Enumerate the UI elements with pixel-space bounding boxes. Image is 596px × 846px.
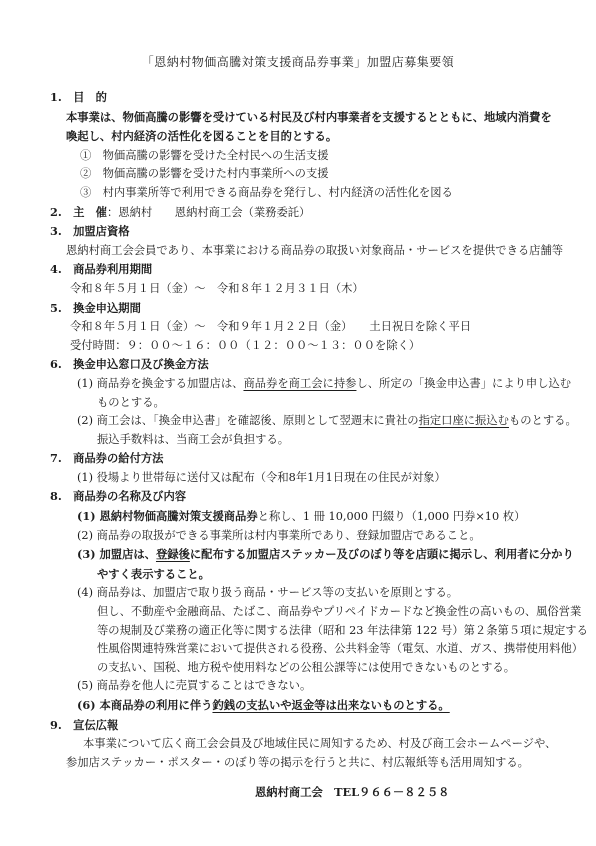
text-run: 参加店ステッカー・ポスター・のぼり等の掲示を行うと共に、村広報紙等も活用周知する… — [66, 756, 529, 769]
payment-restrictions-2: 等の規制及び業務の適正化等に関する法律（昭和 23 年法律第 122 号）第２条… — [0, 622, 596, 641]
document-title: 「恩納村物価高騰対策支援商品券事業」加盟店募集要領 — [0, 55, 596, 69]
text-run: 登録後 — [156, 547, 190, 561]
text-run: 1. 目 的 — [50, 90, 107, 104]
text-run: し、所定の「換金申込書」により申し込む — [356, 377, 571, 390]
text-run: と称し、1 冊 10,000 円綴り（1,000 円券×10 枚） — [258, 510, 526, 523]
text-run: 指定口座に振込む — [419, 414, 509, 427]
text-run: 4. 商品券利用期間 — [50, 262, 152, 276]
section9-heading: 9. 宣伝広報 — [0, 716, 596, 736]
footer-contact: 恩納村商工会 TEL９６６－８２５８ — [0, 783, 596, 802]
text-run: (6) 本商品券の利用に伴う — [77, 698, 212, 712]
eligibility-text: 恩納村商工会会員であり、本事業における商品券の取扱い対象商品・サービスを提供でき… — [0, 242, 596, 261]
text-run: に配布する加盟店ステッカー及びのぼり等を店頭に掲示し、利用者に分かり — [190, 547, 574, 561]
section6-heading: 6. 換金申込窓口及び換金方法 — [0, 355, 596, 375]
purpose-text-2: 喚起し、村内経済の活性化を図ることを目的とする。 — [0, 127, 596, 147]
publicity-2: 参加店ステッカー・ポスター・のぼり等の掲示を行うと共に、村広報紙等も活用周知する… — [0, 754, 596, 773]
text-run: 振込手数料は、当商工会が負担する。 — [97, 433, 289, 446]
text-run: 喚起し、村内経済の活性化を図ることを目的とする。 — [66, 129, 337, 143]
text-run: 釣銭の支払いや返金等は出来ないものとする。 — [212, 698, 449, 712]
text-run: 9. 宣伝広報 — [50, 718, 118, 732]
document-page: 「恩納村物価高騰対策支援商品券事業」加盟店募集要領 1. 目 的本事業は、物価高… — [0, 0, 596, 846]
publicity-1: 本事業について広く商工会会員及び地域住民に周知するため、村及び商工会ホームページ… — [0, 735, 596, 754]
voucher-handling: (2) 商品券の取扱ができる事業所は村内事業所であり、登録加盟店であること。 — [0, 527, 596, 546]
text-run: ② 物価高騰の影響を受けた村内事業所への支援 — [80, 167, 329, 180]
document-body: 1. 目 的本事業は、物価高騰の影響を受けている村民及び村内事業者を支援するとと… — [0, 88, 596, 772]
section7-heading: 7. 商品券の給付方法 — [0, 449, 596, 469]
text-run: 等の規制及び業務の適正化等に関する法律（昭和 23 年法律第 122 号）第２条… — [97, 624, 588, 637]
reception-hours: 受付時間：９：００～１６：００（１２：００～１３：００を除く） — [0, 337, 596, 356]
no-resale: (5) 商品券を他人に売買することはできない。 — [0, 677, 596, 696]
text-run: (2) 商品券の取扱ができる事業所は村内事業所であり、登録加盟店であること。 — [77, 529, 481, 542]
distribution-method: (1) 役場より世帯毎に送付又は配布（令和8年1月1日現在の住民が対象） — [0, 469, 596, 488]
text-run: (5) 商品券を他人に売買することはできない。 — [77, 679, 311, 692]
payment-scope: (4) 商品券は、加盟店で取り扱う商品・サービス等の支払いを原則とする。 — [0, 584, 596, 603]
text-run: 2. 主 催 — [50, 205, 107, 219]
text-run: 3. 加盟店資格 — [50, 224, 130, 238]
text-run: の支払い、国税、地方税や使用料などの公租公課等には使用できないものとする。 — [97, 661, 515, 674]
redemption-method-1b: ものとする。 — [0, 394, 596, 413]
purpose-item-3: ③ 村内事業所等で利用できる商品券を発行し、村内経済の活性化を図る — [0, 184, 596, 203]
text-run: 恩納村商工会会員であり、本事業における商品券の取扱い対象商品・サービスを提供でき… — [66, 244, 563, 257]
text-run: 6. 換金申込窓口及び換金方法 — [50, 357, 209, 371]
section1-heading: 1. 目 的 — [0, 88, 596, 108]
payment-restrictions-3: 性風俗関連特殊営業において提供される役務、公共料金等（電気、水道、ガス、携帯使用… — [0, 640, 596, 659]
text-run: 受付時間：９：００～１６：００（１２：００～１３：００を除く） — [70, 339, 420, 352]
purpose-item-1: ① 物価高騰の影響を受けた全村民への生活支援 — [0, 147, 596, 166]
text-run: (4) 商品券は、加盟店で取り扱う商品・サービス等の支払いを原則とする。 — [77, 586, 458, 599]
text-run: やすく表示すること。 — [97, 567, 210, 581]
text-run: 本事業は、物価高騰の影響を受けている村民及び村内事業者を支援するとともに、地域内… — [66, 110, 552, 124]
text-run: (1) 役場より世帯毎に送付又は配布（令和8年1月1日現在の住民が対象） — [77, 471, 446, 484]
section2-heading-organizer: 2. 主 催：恩納村 恩納村商工会（業務委託） — [0, 203, 596, 223]
section4-heading: 4. 商品券利用期間 — [0, 260, 596, 280]
sticker-display-2: やすく表示すること。 — [0, 565, 596, 585]
redemption-period: 令和８年５月１日（金）～ 令和９年１月２２日（金） 土日祝日を除く平日 — [0, 318, 596, 337]
redemption-method-2a: (2) 商工会は、「換金申込書」を確認後、原則として翌週末に貴社の指定口座に振込… — [0, 412, 596, 431]
text-run: 5. 換金申込期間 — [50, 301, 141, 315]
text-run: ものとする。 — [509, 414, 577, 427]
section5-heading: 5. 換金申込期間 — [0, 299, 596, 319]
text-run: 性風俗関連特殊営業において提供される役務、公共料金等（電気、水道、ガス、携帯使用… — [97, 642, 583, 655]
text-run: 令和８年５月１日（金）～ 令和８年１２月３１日（木） — [70, 282, 364, 295]
payment-restrictions-4: の支払い、国税、地方税や使用料などの公租公課等には使用できないものとする。 — [0, 659, 596, 678]
payment-restrictions-1: 但し、不動産や金融商品、たばこ、商品券やプリペイドカードなど換金性の高いもの、風… — [0, 603, 596, 622]
section8-heading: 8. 商品券の名称及び内容 — [0, 487, 596, 507]
text-run: (3) 加盟店は、 — [77, 547, 156, 561]
text-run: 8. 商品券の名称及び内容 — [50, 489, 186, 503]
text-run: 7. 商品券の給付方法 — [50, 451, 163, 465]
text-run: 本事業について広く商工会会員及び地域住民に周知するため、村及び商工会ホームページ… — [83, 737, 556, 750]
text-run: ：恩納村 恩納村商工会（業務委託） — [107, 206, 310, 219]
text-run: (1) 恩納村物価高騰対策支援商品券 — [77, 509, 258, 523]
text-run: 但し、不動産や金融商品、たばこ、商品券やプリペイドカードなど換金性の高いもの、風… — [97, 605, 581, 618]
text-run: ものとする。 — [97, 396, 165, 409]
text-run: ① 物価高騰の影響を受けた全村民への生活支援 — [80, 149, 329, 162]
text-run: (2) 商工会は、「換金申込書」を確認後、原則として翌週末に貴社の — [77, 414, 419, 427]
voucher-name: (1) 恩納村物価高騰対策支援商品券と称し、1 冊 10,000 円綴り（1,0… — [0, 507, 596, 527]
purpose-text-1: 本事業は、物価高騰の影響を受けている村民及び村内事業者を支援するとともに、地域内… — [0, 108, 596, 128]
text-run: 商品券を商工会に持参 — [243, 377, 356, 390]
section3-heading: 3. 加盟店資格 — [0, 222, 596, 242]
purpose-item-2: ② 物価高騰の影響を受けた村内事業所への支援 — [0, 165, 596, 184]
text-run: ③ 村内事業所等で利用できる商品券を発行し、村内経済の活性化を図る — [80, 186, 453, 199]
text-run: (1) 商品券を換金する加盟店は、 — [77, 377, 243, 390]
redemption-method-2b: 振込手数料は、当商工会が負担する。 — [0, 431, 596, 450]
no-change: (6) 本商品券の利用に伴う釣銭の支払いや返金等は出来ないものとする。 — [0, 696, 596, 716]
usage-period: 令和８年５月１日（金）～ 令和８年１２月３１日（木） — [0, 280, 596, 299]
sticker-display-1: (3) 加盟店は、登録後に配布する加盟店ステッカー及びのぼり等を店頭に掲示し、利… — [0, 545, 596, 565]
text-run: 令和８年５月１日（金）～ 令和９年１月２２日（金） 土日祝日を除く平日 — [70, 320, 471, 333]
redemption-method-1a: (1) 商品券を換金する加盟店は、商品券を商工会に持参し、所定の「換金申込書」に… — [0, 375, 596, 394]
